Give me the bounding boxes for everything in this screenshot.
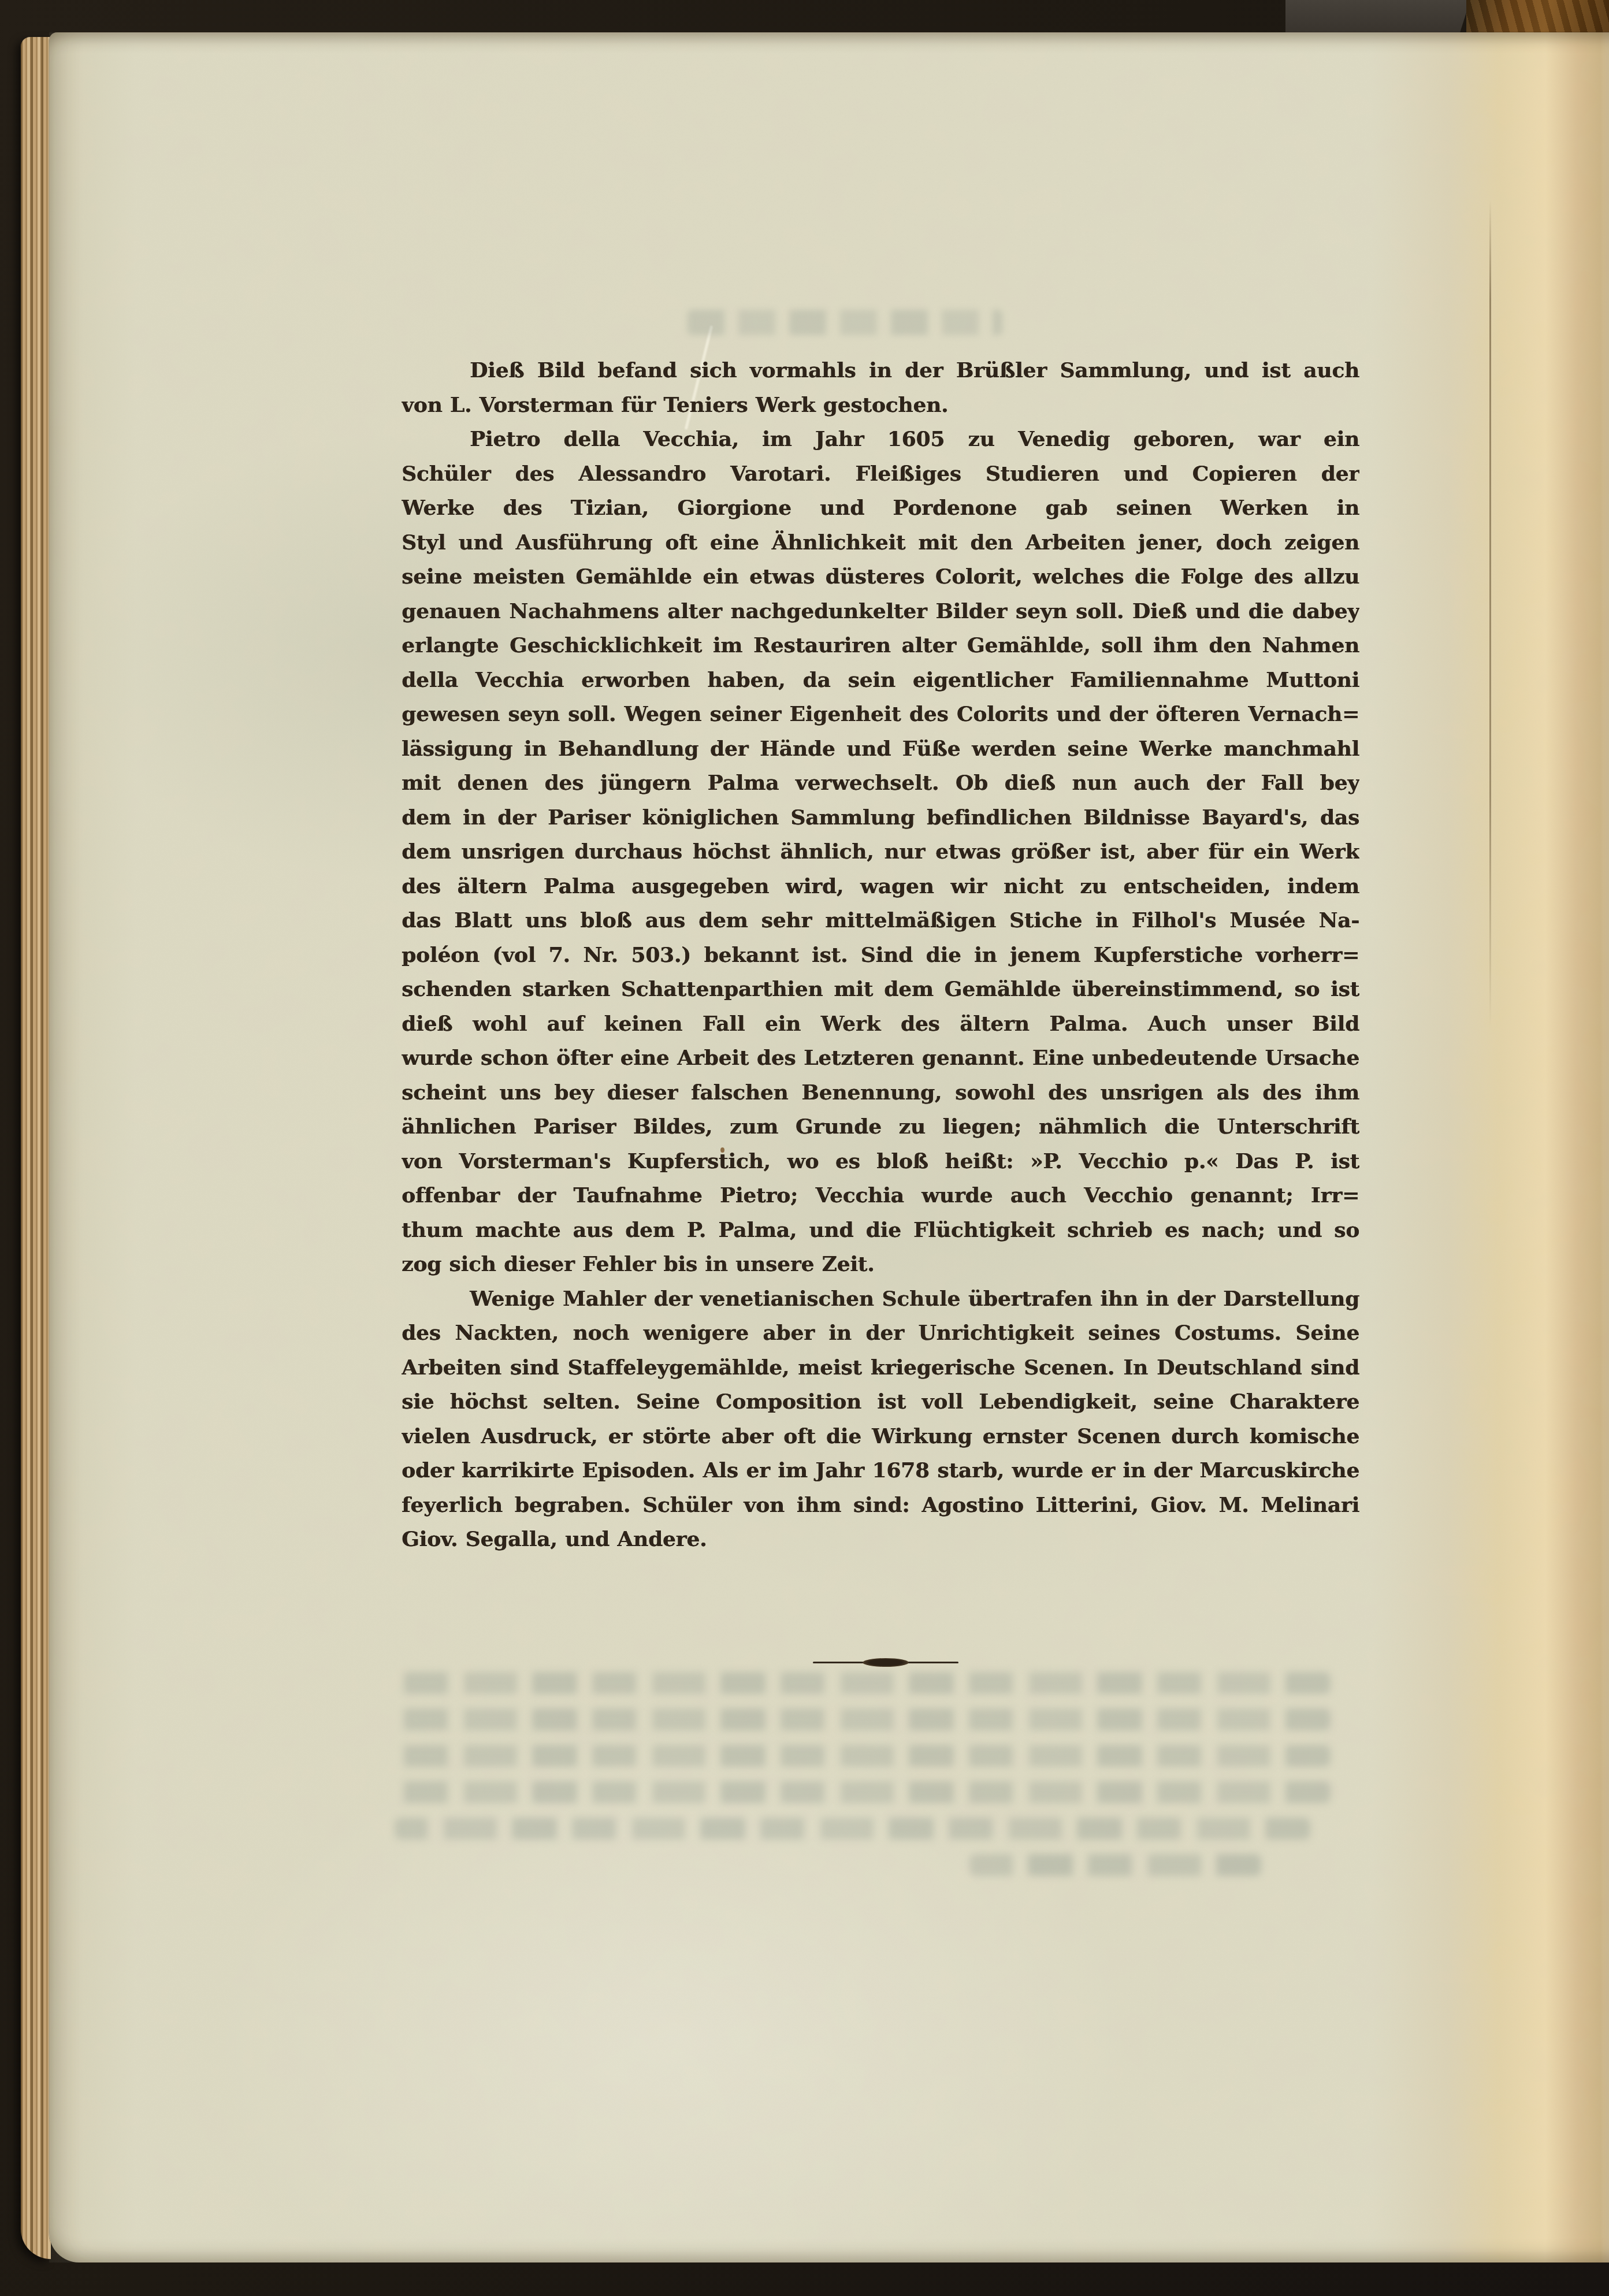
bleedthrough-line <box>395 1781 1331 1803</box>
gutter-fold-crease <box>1489 200 1491 1026</box>
text-line: Dieß Bild befand sich vormahls in der Br… <box>402 354 1359 388</box>
bleedthrough-line <box>395 1745 1331 1767</box>
text-line: Styl und Ausführung oft eine Ähnlichkeit… <box>402 526 1359 560</box>
text-line: Wenige Mahler der venetianischen Schule … <box>402 1282 1359 1317</box>
text-line: zog sich dieser Fehler bis in unsere Zei… <box>402 1247 1359 1282</box>
text-line: sie höchst selten. Seine Composition ist… <box>402 1385 1359 1420</box>
text-line: dem in der Pariser königlichen Sammlung … <box>402 801 1359 835</box>
text-line: Schüler des Alessandro Varotari. Fleißig… <box>402 457 1359 492</box>
text-line: Arbeiten sind Staffeleygemählde, meist k… <box>402 1351 1359 1385</box>
text-line: des Nackten, noch wenigere aber in der U… <box>402 1316 1359 1351</box>
text-line: von L. Vorsterman für Teniers Werk gesto… <box>402 388 1359 423</box>
text-line: ähnlichen Pariser Bildes, zum Grunde zu … <box>402 1110 1359 1145</box>
text-line: wurde schon öfter eine Arbeit des Letzte… <box>402 1041 1359 1076</box>
bleedthrough-text <box>395 1672 1377 1890</box>
text-line: dem unsrigen durchaus höchst ähnlich, nu… <box>402 835 1359 870</box>
book-page: Dieß Bild befand sich vormahls in der Br… <box>49 32 1609 2262</box>
text-line: poléon (vol 7. Nr. 503.) bekannt ist. Si… <box>402 938 1359 973</box>
bleedthrough-line <box>969 1854 1261 1876</box>
text-line: vielen Ausdruck, er störte aber oft die … <box>402 1420 1359 1454</box>
divider-ornament <box>813 1657 958 1667</box>
photo-backdrop: Dieß Bild befand sich vormahls in der Br… <box>0 0 1609 2296</box>
bleedthrough-line <box>395 1818 1310 1840</box>
text-line: schenden starken Schattenparthien mit de… <box>402 972 1359 1007</box>
text-line: Pietro della Vecchia, im Jahr 1605 zu Ve… <box>402 422 1359 457</box>
page-text: Dieß Bild befand sich vormahls in der Br… <box>402 354 1359 1557</box>
bleedthrough-header <box>688 310 1002 335</box>
text-line: Werke des Tizian, Giorgione und Pordenon… <box>402 491 1359 526</box>
bleedthrough-line <box>395 1708 1331 1730</box>
text-line: mit denen des jüngern Palma verwechselt.… <box>402 766 1359 801</box>
text-line: des ältern Palma ausgegeben wird, wagen … <box>402 870 1359 904</box>
text-line: das Blatt uns bloß aus dem sehr mittelmä… <box>402 904 1359 938</box>
bleedthrough-line <box>395 1672 1331 1694</box>
text-line: lässigung in Behandlung der Hände und Fü… <box>402 732 1359 767</box>
text-line: della Vecchia erworben haben, da sein ei… <box>402 663 1359 698</box>
text-line: dieß wohl auf keinen Fall ein Werk des ä… <box>402 1007 1359 1042</box>
text-line: offenbar der Taufnahme Pietro; Vecchia w… <box>402 1179 1359 1213</box>
text-line: seine meisten Gemählde ein etwas düstere… <box>402 560 1359 595</box>
text-line: erlangte Geschicklichkeit im Restauriren… <box>402 629 1359 663</box>
text-line: gewesen seyn soll. Wegen seiner Eigenhei… <box>402 697 1359 732</box>
text-line: Giov. Segalla, und Andere. <box>402 1522 1359 1557</box>
text-line: scheint uns bey dieser falschen Benennun… <box>402 1076 1359 1110</box>
text-line: thum machte aus dem P. Palma, und die Fl… <box>402 1213 1359 1248</box>
page-edge-stack <box>21 37 51 2259</box>
text-line: von Vorsterman's Kupferstich, wo es bloß… <box>402 1145 1359 1179</box>
text-line: feyerlich begraben. Schüler von ihm sind… <box>402 1488 1359 1523</box>
text-line: oder karrikirte Episoden. Als er im Jahr… <box>402 1454 1359 1488</box>
text-line: genauen Nachahmens alter nachgedunkelter… <box>402 595 1359 629</box>
